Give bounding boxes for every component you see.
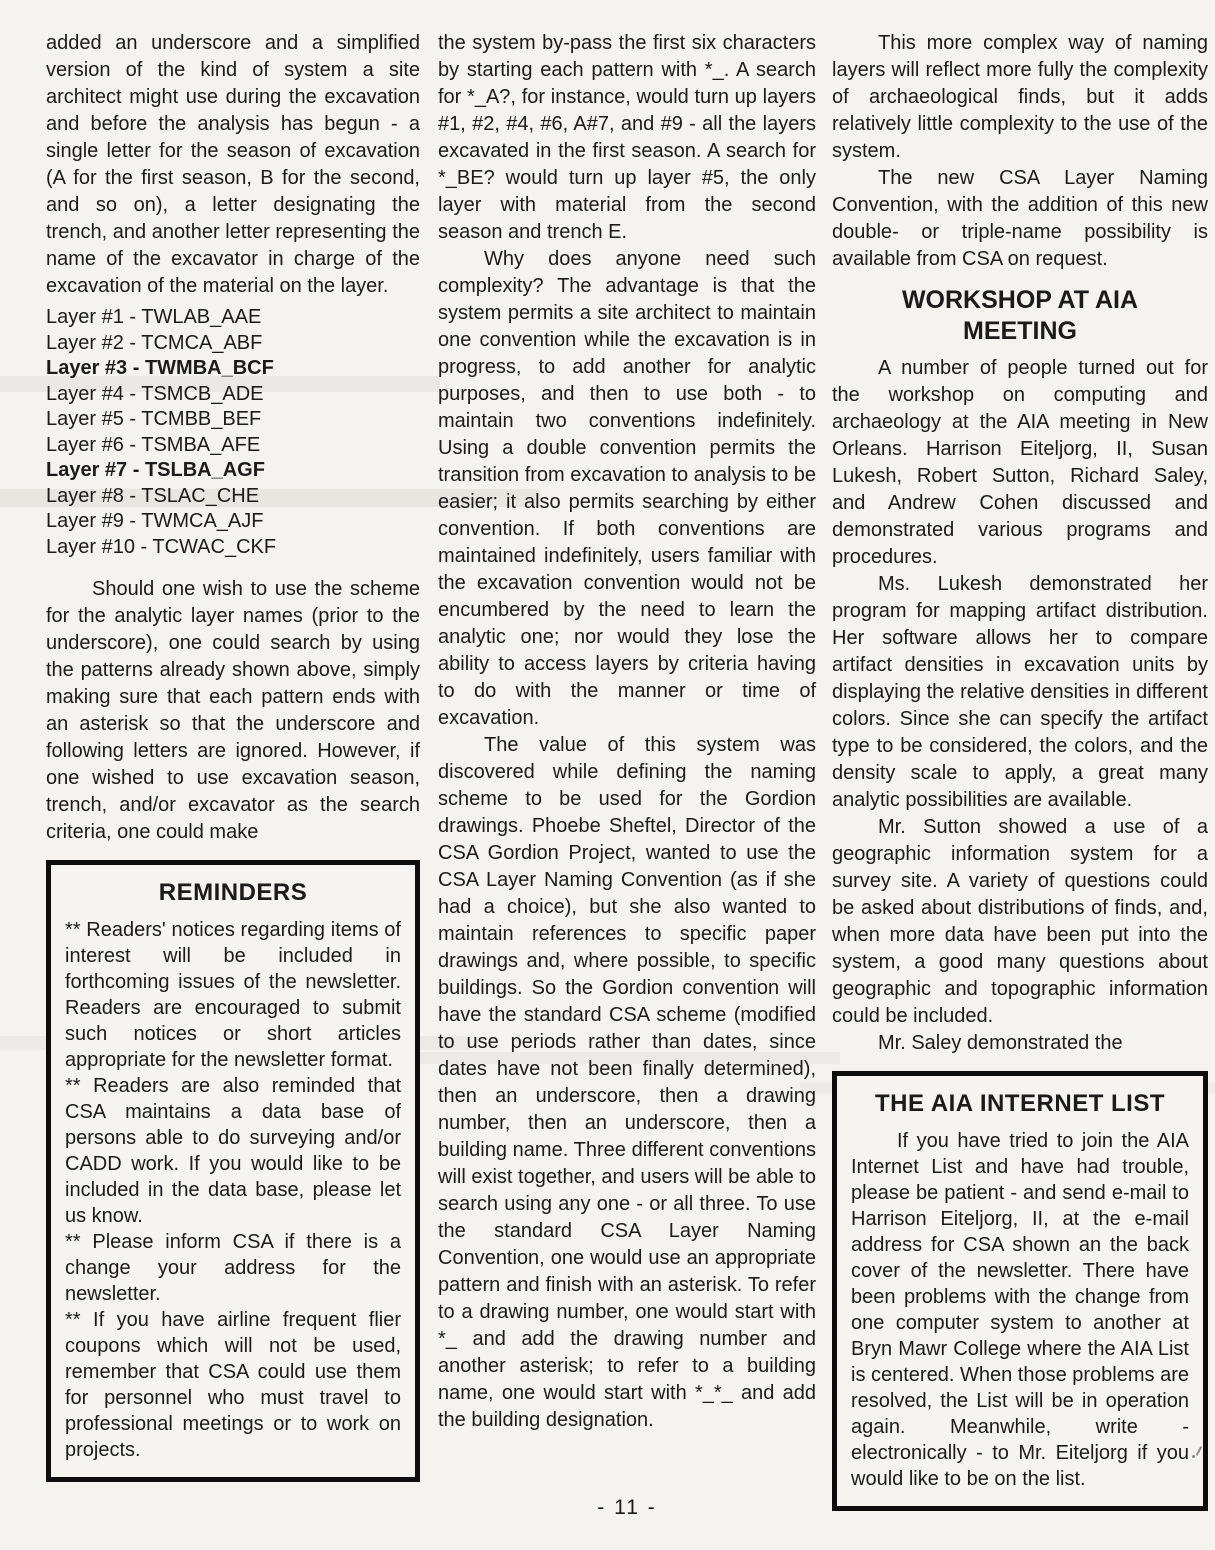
aia-internet-list-box: THE AIA INTERNET LIST If you have tried …	[832, 1071, 1208, 1511]
layer-list-item: Layer #5 - TCMBB_BEF	[46, 407, 420, 433]
paragraph-complex-naming: This more complex way of naming layers w…	[832, 30, 1208, 165]
page-number: - 11 -	[438, 1496, 816, 1520]
aia-internet-list-title: THE AIA INTERNET LIST	[851, 1090, 1189, 1118]
layer-list-item: Layer #2 - TCMCA_ABF	[46, 331, 420, 357]
layer-list-item: Layer #1 - TWLAB_AAE	[46, 305, 420, 331]
layer-name-list: Layer #1 - TWLAB_AAE Layer #2 - TCMCA_AB…	[46, 305, 420, 560]
paragraph-saley-demo: Mr. Saley demonstrated the	[832, 1030, 1208, 1057]
paragraph-search-patterns: the system by-pass the first six charact…	[438, 30, 816, 246]
reminders-box: REMINDERS ** Readers' notices regarding …	[46, 860, 420, 1482]
reminders-box-title: REMINDERS	[65, 879, 401, 907]
paragraph-new-convention: The new CSA Layer Naming Convention, wit…	[832, 165, 1208, 273]
layer-list-item: Layer #8 - TSLAC_CHE	[46, 484, 420, 510]
paragraph-why-complexity: Why does anyone need such complexity? Th…	[438, 246, 816, 732]
layer-list-item: Layer #7 - TSLBA_AGF	[46, 458, 420, 484]
pen-mark	[1192, 1446, 1208, 1460]
paragraph-lukesh-demo: Ms. Lukesh demonstrated her program for …	[832, 571, 1208, 814]
paragraph-sutton-gis: Mr. Sutton showed a use of a geographic …	[832, 814, 1208, 1030]
paragraph-gordion-convention: The value of this system was discovered …	[438, 732, 816, 1434]
reminder-item: ** Readers' notices regarding items of i…	[65, 917, 401, 1073]
right-column: This more complex way of naming layers w…	[832, 30, 1208, 1511]
layer-list-item: Layer #3 - TWMBA_BCF	[46, 356, 420, 382]
layer-list-item: Layer #6 - TSMBA_AFE	[46, 433, 420, 459]
paragraph-search-scheme: Should one wish to use the scheme for th…	[46, 576, 420, 846]
aia-internet-list-body: If you have tried to join the AIA Intern…	[851, 1128, 1189, 1492]
layer-list-item: Layer #9 - TWMCA_AJF	[46, 509, 420, 535]
reminder-item: ** If you have airline frequent flier co…	[65, 1307, 401, 1463]
left-column: added an underscore and a simplified ver…	[46, 30, 420, 1482]
reminder-item: ** Readers are also reminded that CSA ma…	[65, 1073, 401, 1229]
paragraph-workshop-attendance: A number of people turned out for the wo…	[832, 355, 1208, 571]
workshop-heading: WORKSHOP AT AIA MEETING	[870, 285, 1170, 347]
middle-column: the system by-pass the first six charact…	[438, 30, 816, 1434]
reminder-item: ** Please inform CSA if there is a chang…	[65, 1229, 401, 1307]
paragraph-naming-scheme: added an underscore and a simplified ver…	[46, 30, 420, 300]
layer-list-item: Layer #10 - TCWAC_CKF	[46, 535, 420, 561]
layer-list-item: Layer #4 - TSMCB_ADE	[46, 382, 420, 408]
